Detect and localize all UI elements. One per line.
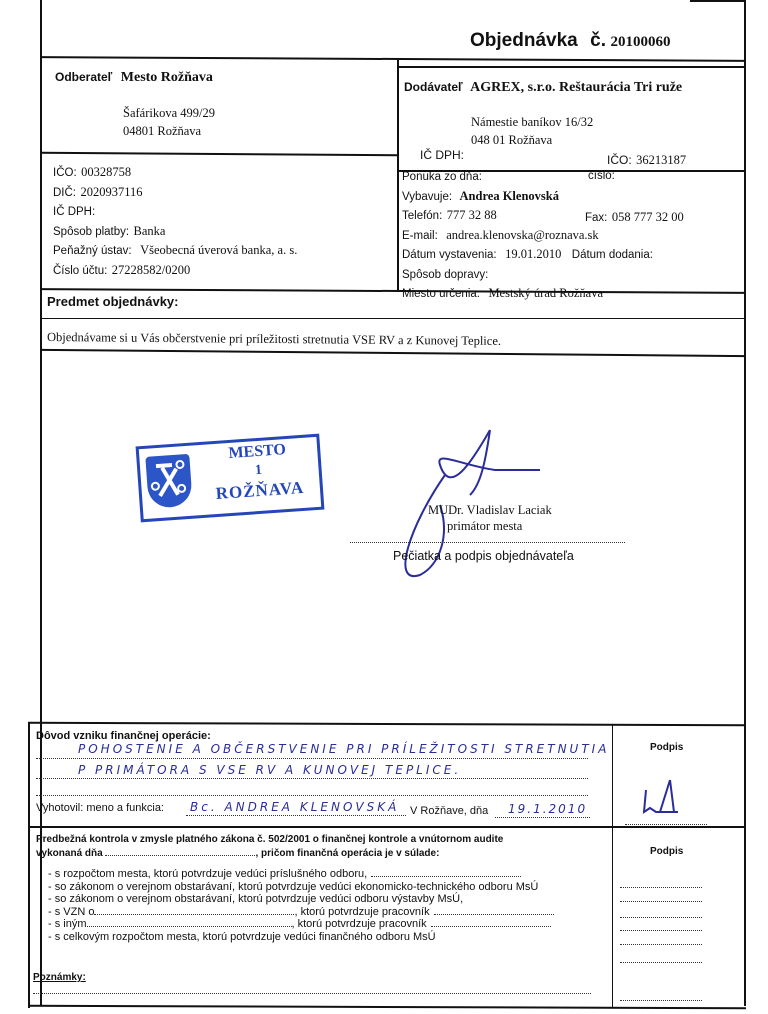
order-title: Objednávka č. 20100060 <box>470 30 670 52</box>
supplier-heading: Dodávateľ AGREX, s.r.o. Reštaurácia Tri … <box>404 78 682 96</box>
buyer-icdph: IČ DPH: <box>53 202 297 222</box>
reason-line-1 <box>36 758 588 759</box>
control-item-text: - so zákonom o verejnom obstarávaní, kto… <box>48 893 463 905</box>
frame-bottom <box>28 1005 746 1010</box>
frame-left-lower <box>28 723 30 1008</box>
supplier-icdph-label: IČ DPH: <box>420 148 464 162</box>
buyer-city: 04801 Rožňava <box>123 124 201 139</box>
destination-label: Miesto určenia: <box>402 288 480 300</box>
field-label: Číslo účtu: <box>53 265 107 277</box>
signature-line <box>350 542 625 543</box>
field-label: IČO: <box>53 167 77 179</box>
supplier-city: 048 01 Rožňava <box>471 133 552 148</box>
control-item-suffix: , ktorú potvrdzuje pracovník <box>294 906 429 918</box>
date-line <box>495 817 590 818</box>
control-item: - s celkovým rozpočtom mesta, ktorú potv… <box>48 931 554 944</box>
coat-of-arms-icon <box>145 454 193 509</box>
reason-line-3 <box>36 795 588 796</box>
buyer-account: Číslo účtu: 27228582/0200 <box>53 261 297 281</box>
buyer-street: Šafárikova 499/29 <box>123 106 215 121</box>
dotted-line <box>434 914 554 915</box>
supplier-ico-value: 36213187 <box>636 153 686 167</box>
phone-value: 777 32 88 <box>447 208 497 222</box>
sign-line-2 <box>620 887 702 888</box>
divider-financial-top <box>28 722 746 727</box>
place-date: 19.1.2010 <box>508 802 587 816</box>
control-item-text: - s iným <box>48 918 87 930</box>
fax-value: 058 777 32 00 <box>612 210 684 224</box>
field-value: 00328758 <box>81 165 131 179</box>
dotted-line <box>94 914 294 915</box>
email-label: E-mail: <box>402 230 438 242</box>
buyer-fields: IČO: 00328758 DIČ: 2020937116 IČ DPH: Sp… <box>53 163 297 280</box>
control-intro-1: Predbežná kontrola v zmysle platného zák… <box>36 834 503 845</box>
frame-right <box>744 0 746 1006</box>
sign-line-3 <box>620 901 702 902</box>
handler-row: Vybavuje: Andrea Klenovská <box>402 187 742 207</box>
sign-line-6 <box>620 944 702 945</box>
issue-date-label: Dátum vystavenia: <box>402 249 497 261</box>
divider-supplier-top <box>398 66 746 68</box>
field-label: Spôsob platby: <box>53 226 129 238</box>
control-item-suffix: , ktorú potvrdzuje pracovník <box>292 918 427 930</box>
supplier-ico-label: IČO: <box>607 153 632 167</box>
control-item: - so zákonom o verejnom obstarávaní, kto… <box>48 893 554 906</box>
control-intro-2: vykonaná dňa , pričom finančná operácia … <box>36 848 439 859</box>
field-value: Všeobecná úverová banka, a. s. <box>140 243 297 257</box>
divider-control-top <box>28 826 746 828</box>
title-prefix: č. <box>590 30 606 51</box>
divider-header <box>40 56 746 62</box>
delivery-date-label: Dátum dodania: <box>572 249 653 261</box>
signatory-role: primátor mesta <box>447 519 522 534</box>
subject-label: Predmet objednávky: <box>47 294 179 309</box>
field-label: Peňažný ústav: <box>53 245 132 257</box>
buyer-label: Odberateľ <box>55 70 112 84</box>
email-value[interactable]: andrea.klenovska@roznava.sk <box>446 228 598 242</box>
divider-sign-column <box>612 725 613 1008</box>
control-item: - s iným, ktorú potvrdzuje pracovník <box>48 918 554 931</box>
buyer-heading: Odberateľ Mesto Rožňava <box>55 68 213 86</box>
reason-line-2 <box>36 778 588 779</box>
offer-number-label: číslo: <box>588 168 615 186</box>
issue-date-value: 19.01.2010 <box>505 247 561 261</box>
control-items: - s rozpočtom mesta, ktorú potvrdzuje ve… <box>48 868 554 943</box>
notes-line[interactable] <box>33 993 591 994</box>
supplier-street: Námestie baníkov 16/32 <box>471 115 593 130</box>
signature-caption: Pečiatka a podpis objednávateľa <box>393 549 574 563</box>
field-value: Banka <box>134 224 166 238</box>
sign-header-2: Podpis <box>650 846 683 857</box>
control-item: - s rozpočtom mesta, ktorú potvrdzuje ve… <box>48 868 554 881</box>
field-value: 2020937116 <box>80 185 142 199</box>
control-item-text: - s VZN o <box>48 906 94 918</box>
subject-text: Objednávame si u Vás občerstvenie pri pr… <box>47 330 501 349</box>
prepared-label: Vyhotovil: meno a funkcia: <box>36 802 164 814</box>
field-label: DIČ: <box>53 187 76 199</box>
control-item: - s VZN o, ktorú potvrdzuje pracovník <box>48 906 554 919</box>
handler-value: Andrea Klenovská <box>460 189 559 203</box>
place-label: V Rožňave, dňa <box>410 805 488 817</box>
destination-row: Miesto určenia: Mestský úrad Rožňava <box>402 284 742 304</box>
offer-date-label: Ponuka zo dňa: <box>402 171 482 183</box>
transport-label: Spôsob dopravy: <box>402 269 488 281</box>
fax-label: Fax: <box>585 212 607 224</box>
handler-label: Vybavuje: <box>402 191 452 203</box>
control-compliance-label: , pričom finančná operácia je v súlade: <box>255 848 439 859</box>
prepared-by: Bc. ANDREA KLENOVSKÁ <box>190 800 399 814</box>
buyer-payment: Spôsob platby: Banka <box>53 222 297 242</box>
control-item-text: - s rozpočtom mesta, ktorú potvrdzuje ve… <box>48 868 367 880</box>
sign-line-7 <box>620 962 702 963</box>
sign-line-5 <box>620 930 702 931</box>
supplier-name: AGREX, s.r.o. Reštaurácia Tri ruže <box>470 80 682 95</box>
frame-top-right <box>690 0 746 2</box>
field-value: 27228582/0200 <box>112 263 190 277</box>
offer-row: Ponuka zo dňa: číslo: <box>402 167 742 187</box>
transport-row: Spôsob dopravy: <box>402 265 742 285</box>
control-item-text: - so zákonom o verejnom obstarávaní, kto… <box>48 881 538 893</box>
sign-line-1 <box>625 824 707 825</box>
order-info: Ponuka zo dňa: číslo: Vybavuje: Andrea K… <box>402 167 742 304</box>
email-row: E-mail: andrea.klenovska@roznava.sk <box>402 226 742 246</box>
buyer-dic: DIČ: 2020937116 <box>53 183 297 203</box>
prepared-line <box>186 815 406 816</box>
control-date-line <box>105 855 255 856</box>
notes-label: Poznámky: <box>33 972 86 983</box>
title-text: Objednávka <box>470 30 578 51</box>
reason-label: Dôvod vzniku finančnej operácie: <box>36 730 211 742</box>
destination-value: Mestský úrad Rožňava <box>488 286 603 300</box>
order-number: 20100060 <box>610 34 670 50</box>
divider-subject <box>40 318 746 319</box>
control-date-label: vykonaná dňa <box>36 848 103 859</box>
sign-line-4 <box>620 917 702 918</box>
city-stamp: MESTO 1 ROŽŇAVA <box>136 434 325 523</box>
divider-buyer-mid <box>40 152 398 156</box>
dotted-line <box>371 876 521 877</box>
phone-row: Telefón: 777 32 88 Fax: 058 777 32 00 <box>402 206 742 226</box>
dotted-line <box>87 926 292 927</box>
field-label: IČ DPH: <box>53 206 95 218</box>
divider-subject-bottom <box>40 349 746 357</box>
control-item: - so zákonom o verejnom obstarávaní, kto… <box>48 881 554 894</box>
sign-line-8 <box>620 1000 702 1001</box>
buyer-bank: Peňažný ústav: Všeobecná úverová banka, … <box>53 241 297 261</box>
buyer-ico: IČO: 00328758 <box>53 163 297 183</box>
reason-text-1: POHOSTENIE A OBČERSTVENIE PRI PRÍLEŽITOS… <box>78 742 609 756</box>
signature-initials-icon <box>640 778 680 818</box>
dates-row: Dátum vystavenia: 19.01.2010 Dátum dodan… <box>402 245 742 265</box>
divider-vertical-mid <box>397 60 399 292</box>
phone-label: Telefón: <box>402 210 442 222</box>
control-item-text: - s celkovým rozpočtom mesta, ktorú potv… <box>48 931 436 943</box>
buyer-name: Mesto Rožňava <box>121 70 213 85</box>
supplier-label: Dodávateľ <box>404 80 463 94</box>
reason-text-2: P PRIMÁTORA S VSE RV A KUNOVEJ TEPLICE. <box>78 763 461 777</box>
signatory-name: MUDr. Vladislav Laciak <box>428 503 552 518</box>
dotted-line <box>431 926 551 927</box>
sign-header-1: Podpis <box>650 742 683 753</box>
